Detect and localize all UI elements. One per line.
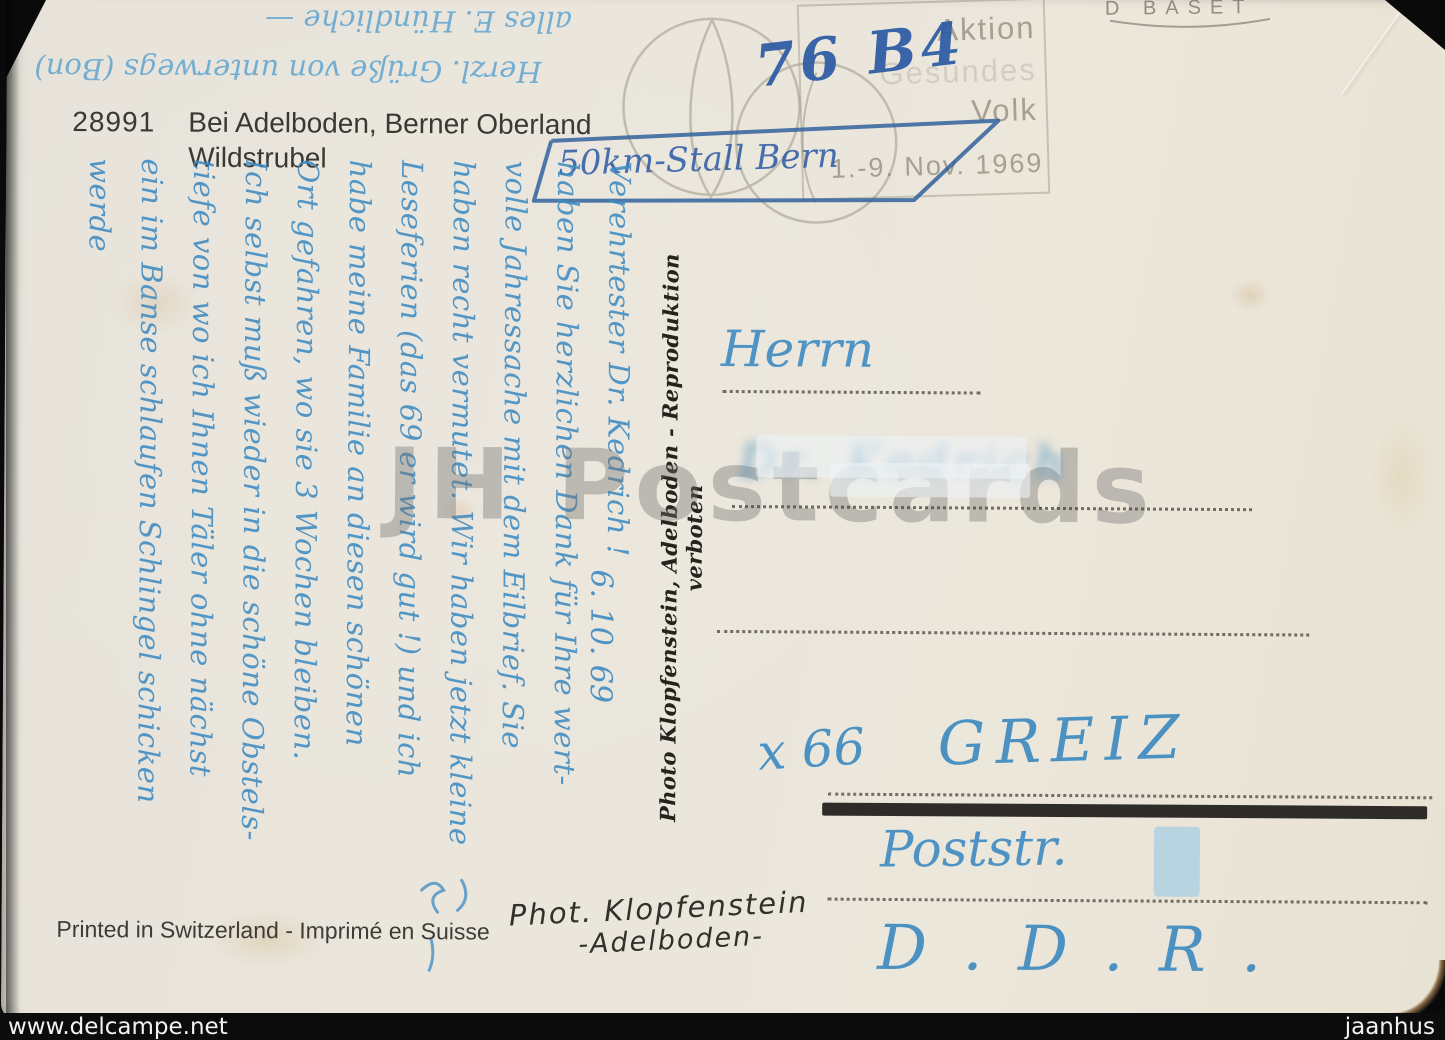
city: GREIZ: [937, 702, 1191, 779]
street: Poststr.: [880, 818, 1068, 878]
catalog-number: 28991: [72, 106, 155, 139]
message-line: werde: [69, 158, 126, 918]
arc-postmark-text: D BASET: [1105, 0, 1254, 20]
city-underline-bar: [822, 803, 1427, 820]
city-dotted-line: [828, 793, 1432, 800]
top-note-lower: Herzl. Grüße von unterwegs (Bon): [77, 44, 597, 97]
message-line: Ort gefahren, wo sie 3 Wochen bleiben.: [277, 159, 334, 919]
message-date: 6. 10. 69: [568, 536, 619, 736]
ink-smudge: [401, 870, 522, 991]
street-number-censor: [1154, 827, 1200, 897]
delcampe-watermark: www.delcampe.net: [8, 1014, 228, 1040]
top-note-upper: alles E. Hündliche —: [77, 0, 597, 47]
corner-crease: [1340, 0, 1411, 95]
postcard: Herzl. Grüße von unterwegs (Bon) alles E…: [1, 0, 1445, 1028]
address-dotted-line-3: [717, 630, 1309, 637]
postal-code: x 66: [756, 717, 867, 782]
bottom-bar: www.delcampe.net jaanhus: [0, 1013, 1445, 1040]
message-line: habe meine Familie an diesen schönen: [329, 160, 386, 920]
arc-postmark: D BASET: [1105, 0, 1275, 33]
address-salutation: Herrn: [721, 320, 875, 379]
top-note: Herzl. Grüße von unterwegs (Bon) alles E…: [77, 0, 598, 97]
country: D . D . R .: [877, 911, 1269, 986]
street-dotted-line: [828, 898, 1428, 905]
scan-background: Herzl. Grüße von unterwegs (Bon) alles E…: [0, 0, 1445, 1040]
message-line: Ich selbst muß wieder in die schöne Obst…: [225, 159, 282, 919]
censor-patch: [830, 463, 1030, 498]
message-line: tiefe von wo ich Ihnen Täler ohne nächst: [173, 159, 230, 919]
message-line: ein im Banse schlaufen Schlingel schicke…: [121, 158, 178, 918]
left-edge-shadow: [6, 0, 20, 1013]
photographer-signature: Phot. Klopfenstein -Adelboden-: [508, 885, 811, 964]
jaanhus-watermark: jaanhus: [1345, 1014, 1435, 1040]
address-dotted-line-1: [723, 390, 981, 395]
corner-chip-bottomright: [1390, 960, 1445, 1020]
